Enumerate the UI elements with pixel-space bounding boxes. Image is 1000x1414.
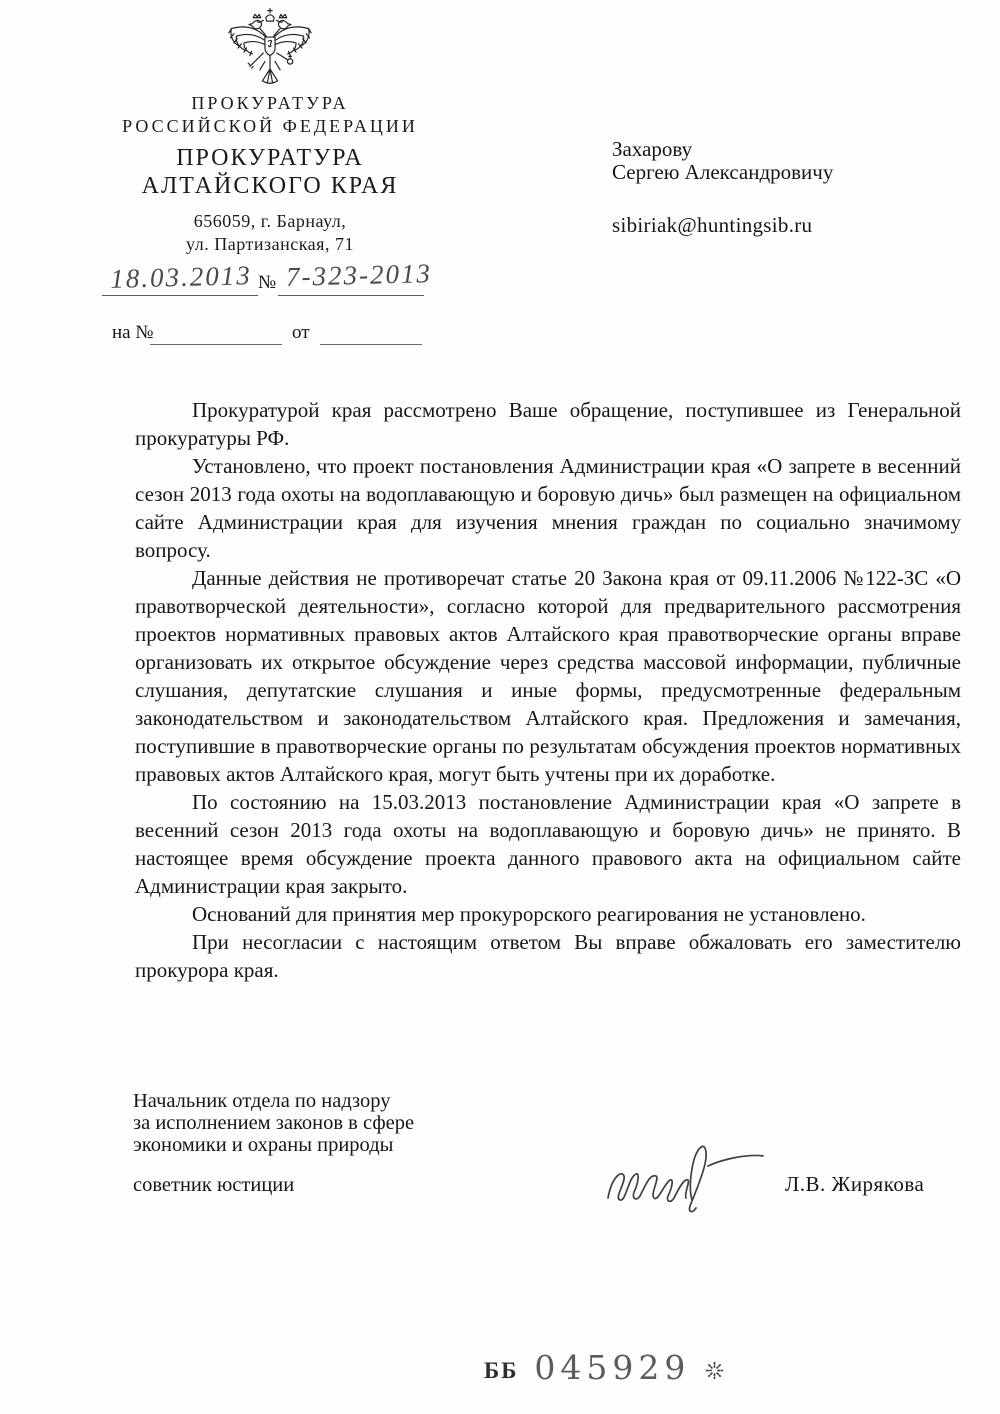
reply-date-blank	[320, 344, 422, 345]
letterhead: ПРОКУРАТУРА РОССИЙСКОЙ ФЕДЕРАЦИИ ПРОКУРА…	[105, 6, 435, 256]
reply-date-label: от	[292, 322, 310, 344]
asterisk-burst-icon	[704, 1360, 725, 1381]
paragraph-2: Установлено, что проект постановления Ад…	[135, 452, 961, 564]
paragraph-1: Прокуратурой края рассмотрено Ваше обращ…	[135, 396, 961, 452]
paragraph-3: Данные действия не противоречат статье 2…	[135, 564, 961, 788]
reply-number-blank	[150, 344, 282, 345]
outgoing-date-handwritten: 18.03.2013	[106, 260, 257, 295]
number-underline	[278, 295, 424, 296]
recipient-block: Захарову Сергею Александровичу sibiriak@…	[612, 138, 833, 237]
paragraph-5: Оснований для принятия мер прокурорского…	[135, 900, 961, 928]
paragraph-6: При несогласии с настоящим ответом Вы вп…	[135, 928, 961, 984]
stamp-series: ББ	[484, 1358, 518, 1387]
date-underline	[102, 295, 258, 296]
paragraph-4: По состоянию на 15.03.2013 постановление…	[135, 788, 961, 900]
recipient-email: sibiriak@huntingsib.ru	[612, 214, 833, 237]
reply-number-label: на №	[112, 322, 153, 344]
scanned-letter-page: ПРОКУРАТУРА РОССИЙСКОЙ ФЕДЕРАЦИИ ПРОКУРА…	[0, 0, 1000, 1414]
signer-position-line3: экономики и охраны природы	[133, 1134, 414, 1156]
recipient-given-names: Сергею Александровичу	[612, 161, 833, 184]
stamp-number: 045929	[534, 1348, 690, 1387]
org-name-federal-line1: ПРОКУРАТУРА	[105, 92, 435, 115]
number-sign-label: №	[258, 272, 276, 294]
recipient-surname: Захарову	[612, 138, 833, 161]
outgoing-number-handwritten: 7-323-2013	[284, 258, 435, 293]
signer-position-line2: за исполнением законов в сфере	[133, 1112, 414, 1134]
letter-body: Прокуратурой края рассмотрено Ваше обращ…	[135, 396, 961, 984]
signoff-block: Начальник отдела по надзору за исполнени…	[133, 1090, 414, 1196]
blank-form-stamp: ББ 045929	[484, 1348, 725, 1387]
signer-rank: советник юстиции	[133, 1174, 414, 1196]
signature-scribble-icon	[600, 1126, 770, 1221]
org-name-regional-line2: АЛТАЙСКОГО КРАЯ	[105, 172, 435, 200]
signer-position-line1: Начальник отдела по надзору	[133, 1090, 414, 1112]
coat-of-arms-icon	[218, 6, 322, 90]
org-address-line2: ул. Партизанская, 71	[105, 233, 435, 256]
org-address-line1: 656059, г. Барнаул,	[105, 210, 435, 233]
org-name-federal-line2: РОССИЙСКОЙ ФЕДЕРАЦИИ	[105, 115, 435, 138]
org-name-regional-line1: ПРОКУРАТУРА	[105, 144, 435, 172]
signer-name: Л.В. Жирякова	[785, 1172, 924, 1197]
